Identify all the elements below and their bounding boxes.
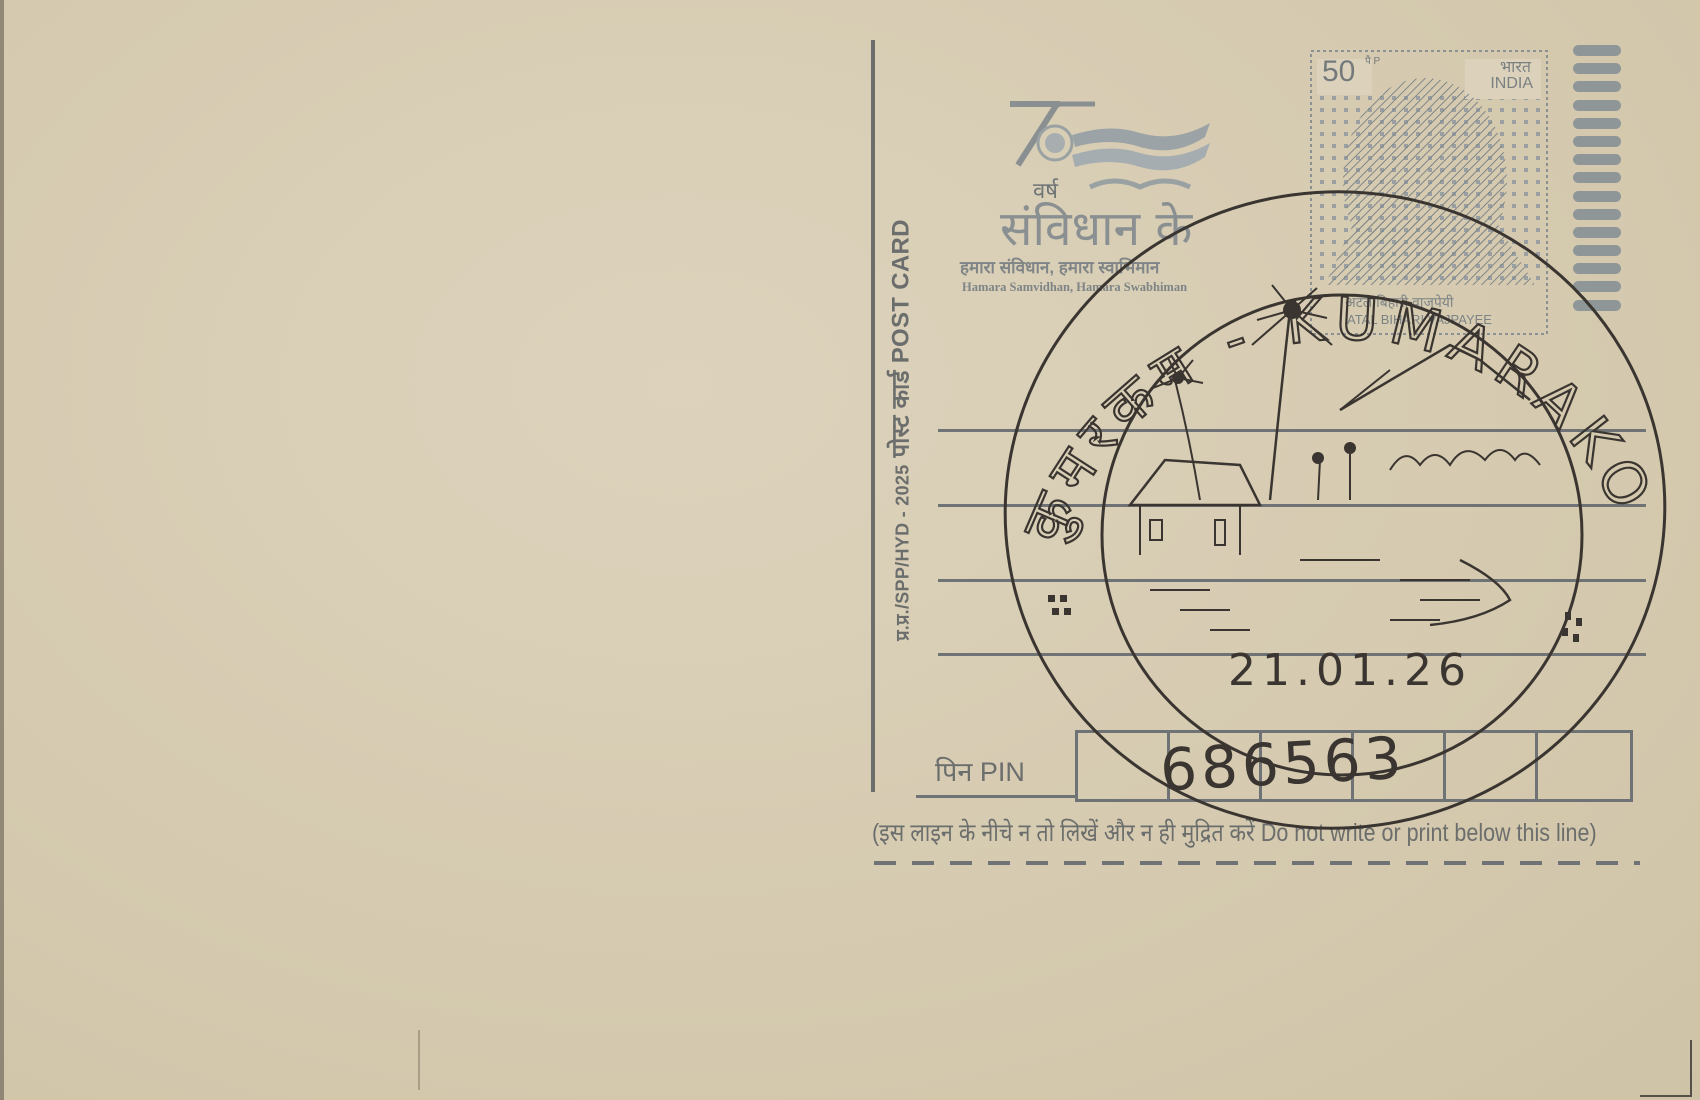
do-not-write-notice: (इस लाइन के नीचे न तो लिखें और न ही मुद्…	[872, 815, 1597, 849]
phosphor-bar	[1573, 281, 1621, 292]
phosphor-bar	[1573, 191, 1621, 202]
constitution-75-logo: वर्ष संविधान के हमारा संविधान, हमारा स्व…	[960, 95, 1260, 305]
postmark-date: 21.01.26	[1228, 645, 1472, 696]
pin-box[interactable]	[1078, 733, 1170, 799]
dashed-cut-line	[874, 861, 1640, 865]
phosphor-bar	[1573, 263, 1621, 274]
post-card-english: POST CARD	[888, 219, 915, 363]
address-line	[938, 429, 1646, 432]
pin-box[interactable]	[1538, 733, 1630, 799]
postcard: प्र.प्र./SPP/HYD - 2025 पोस्ट कार्ड POST…	[0, 0, 1700, 1100]
stamp-value: 50	[1322, 55, 1355, 89]
phosphor-bar	[1573, 209, 1621, 220]
seventy-five-flag-icon	[960, 95, 1260, 195]
card-divider-line	[871, 40, 875, 792]
pin-box[interactable]	[1446, 733, 1538, 799]
pin-label: पिन PIN	[935, 752, 1025, 789]
phosphor-bar	[1573, 118, 1621, 129]
phosphor-bar	[1573, 136, 1621, 147]
card-corner-mark	[1640, 1040, 1692, 1097]
logo-tagline-english: Hamara Samvidhan, Hamara Swabhiman	[962, 280, 1187, 295]
stamp-person-hindi: अटल बिहारी वाजपेयी	[1345, 293, 1454, 312]
phosphor-bars	[1573, 45, 1621, 318]
card-crease-mark	[418, 1030, 420, 1090]
logo-tagline-hindi: हमारा संविधान, हमारा स्वाभिमान	[960, 255, 1159, 278]
phosphor-bar	[1573, 245, 1621, 256]
phosphor-bar	[1573, 45, 1621, 56]
phosphor-bar	[1573, 154, 1621, 165]
post-card-side-label: प्र.प्र./SPP/HYD - 2025 पोस्ट कार्ड POST…	[884, 219, 917, 640]
stamp-value-unit: पै P	[1365, 57, 1380, 67]
phosphor-bar	[1573, 172, 1621, 183]
stamp-country-english: INDIA	[1490, 75, 1533, 93]
imprinted-stamp: 50 पै P भारत INDIA अटल बिहारी वाजपेयी AT…	[1305, 45, 1553, 340]
phosphor-bar	[1573, 227, 1621, 238]
phosphor-bar	[1573, 100, 1621, 111]
logo-title: संविधान के	[1000, 195, 1192, 260]
post-card-hindi: पोस्ट कार्ड	[888, 370, 915, 457]
stamp-person-english: ATAL BIHARI VAJPAYEE	[1347, 312, 1492, 327]
phosphor-bar	[1573, 81, 1621, 92]
card-left-edge	[0, 0, 4, 1100]
pin-underline	[916, 795, 1076, 798]
phosphor-bar	[1573, 300, 1621, 311]
address-line	[938, 579, 1646, 582]
address-line	[938, 504, 1646, 507]
print-code: प्र.प्र./SPP/HYD - 2025	[893, 464, 913, 640]
postmark-pincode: 686563	[1158, 724, 1407, 805]
phosphor-bar	[1573, 63, 1621, 74]
stamp-country-hindi: भारत	[1500, 55, 1531, 77]
